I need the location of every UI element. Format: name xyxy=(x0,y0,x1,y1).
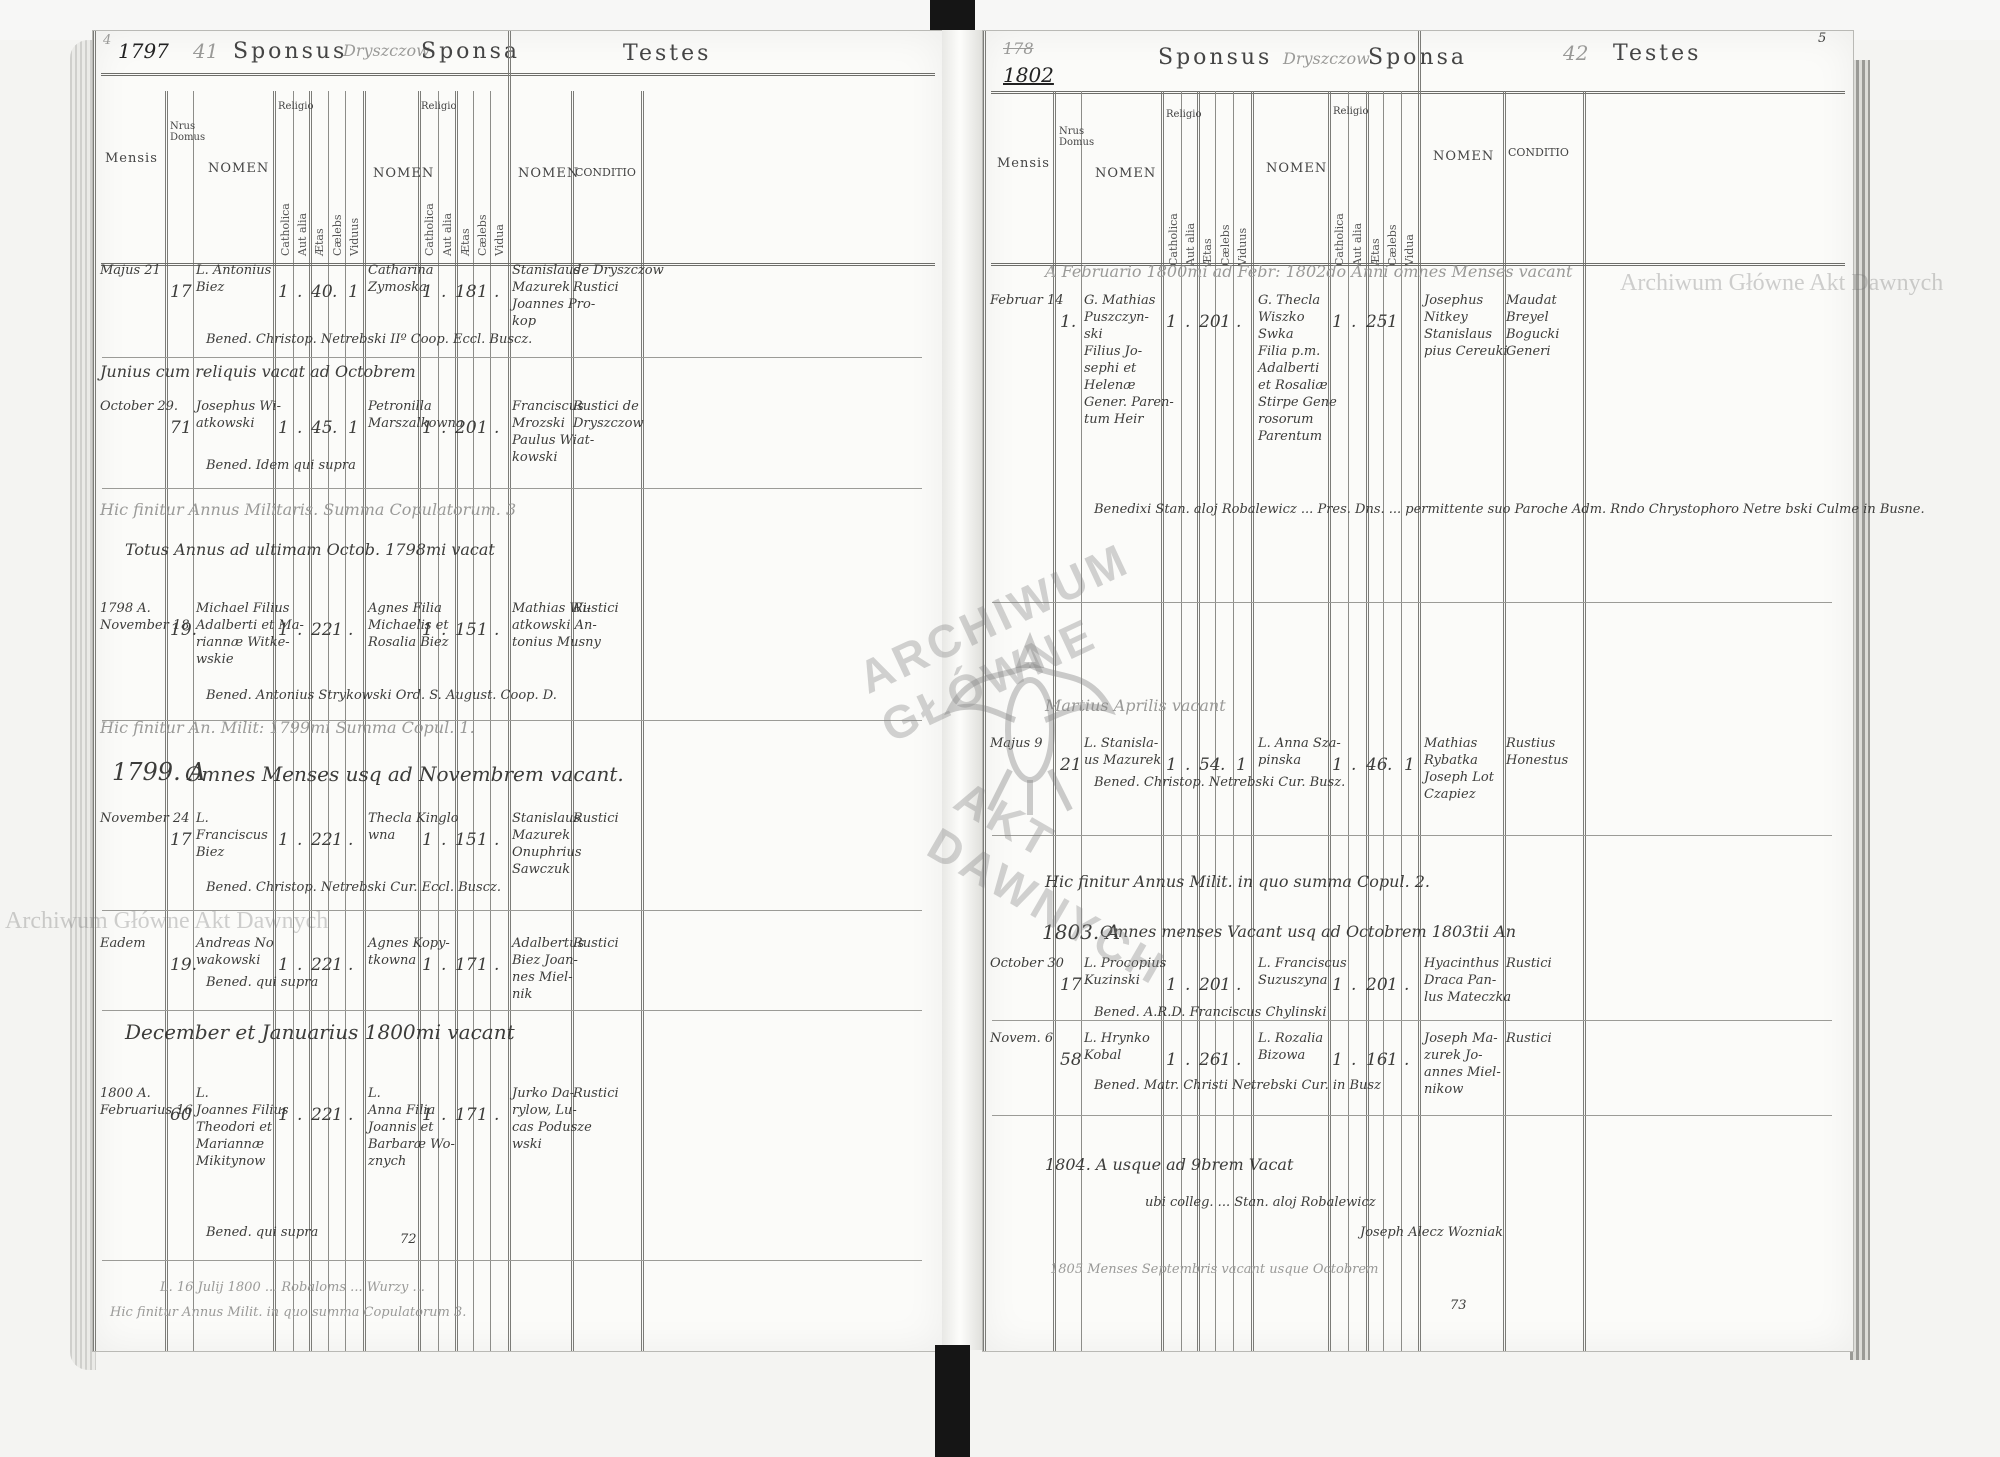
signature-2: Joseph Alecz Wozniak xyxy=(1360,1225,1503,1240)
note-year-1805: 1805 Menses Septembris vacant usque Octo… xyxy=(1050,1262,1378,1277)
col-catholica: Catholica xyxy=(279,203,292,256)
entry-sponsa-vidua: . xyxy=(1404,975,1409,995)
note-hic-finitur-3: Hic finitur Annus Milit. in quo summa Co… xyxy=(110,1305,466,1320)
entry-sponsus-caelebs: 1 xyxy=(332,830,343,850)
entry-sponsus-aut-alia: . xyxy=(297,830,302,850)
entry-sponsus-aetas: 26 xyxy=(1199,1050,1221,1070)
entry-benediction: Bened. Idem qui supra xyxy=(206,458,356,473)
entry-sponsus-name: Andreas No wakowski xyxy=(196,935,274,969)
col-nomen-sponsus: NOMEN xyxy=(1095,166,1156,181)
watermark-text-left: Archiwum Główne Akt Dawnych xyxy=(5,908,328,935)
entry-benediction: Bened. qui supra xyxy=(206,975,318,990)
entry-sponsus-viduus: . xyxy=(1236,1050,1241,1070)
col-catholica: Catholica xyxy=(1167,213,1180,266)
col-aut-alia-sponsa: Aut alia xyxy=(441,213,454,256)
entry-domus: 17 xyxy=(170,282,192,302)
entry-sponsa-caelebs: 1 xyxy=(477,418,488,438)
corner-note: 4 xyxy=(103,33,111,48)
col-catholica-sponsa: Catholica xyxy=(423,203,436,256)
entry-testes: Mathias Rybatka Joseph Lot Czapiez xyxy=(1424,735,1494,803)
entry-sponsa-aetas: 18 xyxy=(455,282,477,302)
entry-sponsa-caelebs: 1 xyxy=(477,830,488,850)
col-vidua: Vidua xyxy=(493,224,506,256)
entry-testes: Hyacinthus Draca Pan- lus Mateczka xyxy=(1424,955,1511,1006)
col-mensis: Mensis xyxy=(105,151,158,166)
entry-sponsa-caelebs: 1 xyxy=(1387,1050,1398,1070)
entry-sponsa-catholica: 1 xyxy=(422,418,433,438)
entry-sponsus-caelebs: 1 xyxy=(332,1105,343,1125)
entry-sponsus-aetas: 22 xyxy=(311,1105,333,1125)
entry-sponsa-aut-alia: . xyxy=(1351,1050,1356,1070)
col-aut-alia: Aut alia xyxy=(1184,223,1197,266)
entry-sponsa-aetas: 20 xyxy=(1366,975,1388,995)
entry-sponsus-aetas: 22 xyxy=(311,830,333,850)
entry-sponsus-catholica: 1 xyxy=(278,282,289,302)
entry-sponsa-aut-alia: . xyxy=(441,620,446,640)
col-nomen-sponsa: NOMEN xyxy=(373,166,434,181)
entry-sponsus-aetas: 22 xyxy=(311,955,333,975)
entry-benediction: Bened. A.R.D. Franciscus Chylinski xyxy=(1094,1005,1327,1020)
entry-mensis: November 24 xyxy=(100,810,189,827)
entry-mensis: Eadem xyxy=(100,935,146,952)
entry-sponsa-aut-alia: . xyxy=(1351,312,1356,332)
entry-sponsa-caelebs: 1 xyxy=(477,1105,488,1125)
entry-sponsa-aut-alia: . xyxy=(1351,755,1356,775)
entry-benediction: Bened. Antonius Strykowski Ord. S. Augus… xyxy=(206,688,557,703)
page-mark: 72 xyxy=(400,1232,417,1247)
header-testes: Testes xyxy=(1613,41,1701,66)
entry-sponsa-caelebs: 1 xyxy=(477,282,488,302)
entry-sponsus-caelebs: 1 xyxy=(1220,312,1231,332)
entry-sponsus-catholica: 1 xyxy=(1166,312,1177,332)
col-catholica-sponsa: Catholica xyxy=(1333,213,1346,266)
entry-sponsa-catholica: 1 xyxy=(422,830,433,850)
entry-sponsus-catholica: 1 xyxy=(278,1105,289,1125)
entry-sponsa-name: L. Anna Filia Joannis et Barbaræ Wo- zny… xyxy=(368,1085,455,1170)
col-caelebs: Cælebs xyxy=(331,215,344,256)
watermark-text-right: Archiwum Główne Akt Dawnych xyxy=(1620,270,1943,297)
entry-sponsus-catholica: 1 xyxy=(278,620,289,640)
entry-sponsa-aetas: 15 xyxy=(455,620,477,640)
entry-benediction: Bened. Matr. Christi Netrebski Cur. in B… xyxy=(1094,1078,1381,1093)
entry-sponsa-aut-alia: . xyxy=(441,282,446,302)
entry-sponsus-aut-alia: . xyxy=(297,955,302,975)
col-rule xyxy=(1583,91,1586,1351)
entry-testes: Josephus Nitkey Stanislaus pius Cereuki xyxy=(1424,292,1508,360)
col-religio: Religio xyxy=(1166,109,1201,120)
signature-1: ubi colleg. ... Stan. aloj Robalewicz xyxy=(1145,1195,1376,1210)
entry-mensis: October 30 xyxy=(990,955,1064,972)
col-viduus: Viduus xyxy=(348,218,361,256)
col-aut-alia: Aut alia xyxy=(296,213,309,256)
header-place: Dryszczow xyxy=(343,41,430,60)
entry-sponsa-name: Agnes Kopy- tkowna xyxy=(368,935,450,969)
entry-conditio: Rustius Honestus xyxy=(1506,735,1568,769)
entry-conditio: Rustici xyxy=(573,810,619,827)
entry-sponsus-name: G. Mathias Puszczyn- ski Filius Jo- seph… xyxy=(1084,292,1174,428)
entry-sponsa-aut-alia: . xyxy=(1351,975,1356,995)
entry-sponsus-aut-alia: . xyxy=(1185,312,1190,332)
col-nomen-sponsa: NOMEN xyxy=(1266,161,1327,176)
entry-sponsa-name: Petronilla Marszalkowna xyxy=(368,398,464,432)
header-sponsus: Sponsus xyxy=(233,39,347,64)
col-religio-sponsa: Religio xyxy=(1333,106,1368,117)
col-nrus-domus: Nrus Domus xyxy=(170,121,192,143)
entry-sponsa-catholica: 1 xyxy=(422,955,433,975)
entry-sponsa-caelebs: 1 xyxy=(1387,312,1398,332)
entry-sponsus-aut-alia: . xyxy=(1185,1050,1190,1070)
note-hic-finitur-2: Hic finitur An. Milit: 1799mi Summa Copu… xyxy=(100,718,475,737)
col-caelebs-sponsa: Cælebs xyxy=(1386,225,1399,266)
col-nomen-sponsus: NOMEN xyxy=(208,161,269,176)
entry-sponsa-name: L. Anna Sza- pinska xyxy=(1258,735,1341,769)
entry-sponsus-aut-alia: . xyxy=(297,1105,302,1125)
entry-sponsus-catholica: 1 xyxy=(278,955,289,975)
col-caelebs-sponsa: Cælebs xyxy=(476,215,489,256)
note-hic-finitur-1: Hic finitur Annus Militaris. Summa Copul… xyxy=(100,500,516,519)
col-rule xyxy=(93,31,96,1351)
struck-year: 178 xyxy=(1003,39,1034,58)
entry-sponsus-viduus: . xyxy=(348,1105,353,1125)
entry-sponsa-aetas: 46 xyxy=(1366,755,1388,775)
entry-sponsus-caelebs: . xyxy=(332,418,337,438)
entry-sponsa-vidua: . xyxy=(494,620,499,640)
header-place: Dryszczow xyxy=(1283,49,1370,68)
col-aut-alia-sponsa: Aut alia xyxy=(1351,223,1364,266)
row-divider xyxy=(102,357,922,358)
entry-conditio: Rustici de Dryszczow xyxy=(573,398,644,432)
entry-domus: 17 xyxy=(1060,975,1082,995)
row-divider xyxy=(102,488,922,489)
entry-mensis: Majus 21 xyxy=(100,262,161,279)
entry-sponsa-name: Agnes Filia Michaelis et Rosalia Biez xyxy=(368,600,449,651)
entry-sponsa-vidua: . xyxy=(494,282,499,302)
entry-sponsus-name: L. Hrynko Kobal xyxy=(1084,1030,1150,1064)
entry-sponsus-name: L. Franciscus Biez xyxy=(196,810,268,861)
entry-sponsus-caelebs: 1 xyxy=(1220,1050,1231,1070)
col-aetas: Ætas xyxy=(313,228,326,256)
entry-conditio: Rustici xyxy=(1506,1030,1552,1047)
entry-domus: 17 xyxy=(170,830,192,850)
entry-sponsa-aetas: 20 xyxy=(455,418,477,438)
entry-sponsus-aut-alia: . xyxy=(297,282,302,302)
entry-benediction: Bened. Christop. Netrebski IIº Coop. Ecc… xyxy=(206,332,532,347)
entry-sponsa-aetas: 17 xyxy=(455,1105,477,1125)
row-divider xyxy=(992,1020,1832,1021)
entry-sponsa-name: L. Rozalia Bizowa xyxy=(1258,1030,1323,1064)
entry-sponsus-caelebs: 1 xyxy=(332,620,343,640)
note-totus-annus: Totus Annus ad ultimam Octob. 1798mi vac… xyxy=(125,540,495,559)
entry-sponsa-catholica: 1 xyxy=(422,1105,433,1125)
col-religio-sponsa: Religio xyxy=(421,101,456,112)
note-dec-jan: December et Januarius 1800mi vacant xyxy=(125,1020,515,1044)
header-sponsus: Sponsus xyxy=(1158,45,1272,70)
note-july: L. 16 Julij 1800 ... Robaloms ... Wurzy … xyxy=(160,1280,425,1295)
entry-sponsus-caelebs: 1 xyxy=(1220,975,1231,995)
page-mark: 73 xyxy=(1450,1298,1467,1313)
entry-sponsus-viduus: . xyxy=(1236,975,1241,995)
entry-sponsa-vidua: . xyxy=(494,418,499,438)
entry-mensis: Novem. 6 xyxy=(990,1030,1053,1047)
entry-sponsus-aut-alia: . xyxy=(297,620,302,640)
col-aetas-sponsa: Ætas xyxy=(459,228,472,256)
entry-sponsus-aetas: 20 xyxy=(1199,312,1221,332)
entry-sponsus-aetas: 45 xyxy=(311,418,333,438)
entry-conditio: Rustici xyxy=(573,1085,619,1102)
entry-sponsa-aetas: 17 xyxy=(455,955,477,975)
folio-number: 41 xyxy=(193,39,218,63)
entry-sponsus-caelebs: . xyxy=(332,282,337,302)
entry-sponsus-caelebs: 1 xyxy=(332,955,343,975)
entry-sponsus-name: Josephus Wi- atkowski xyxy=(196,398,281,432)
entry-sponsa-aut-alia: . xyxy=(441,418,446,438)
entry-conditio: Rustici xyxy=(573,600,619,617)
entry-sponsa-catholica: 1 xyxy=(422,282,433,302)
header-sponsa: Sponsa xyxy=(421,39,520,64)
col-conditio: CONDITIO xyxy=(575,166,636,179)
entry-mensis: October 29. xyxy=(100,398,178,415)
note-year-1804: 1804. A usque ad 9brem Vacat xyxy=(1045,1155,1293,1174)
folio-number: 42 xyxy=(1563,41,1588,65)
entry-domus: 19. xyxy=(170,955,197,975)
entry-sponsa-aut-alia: . xyxy=(441,830,446,850)
col-nrus-domus: Nrus Domus xyxy=(1059,126,1081,148)
entry-testes: Joseph Ma- zurek Jo- annes Miel- nikow xyxy=(1424,1030,1501,1098)
entry-sponsus-catholica: 1 xyxy=(1166,1050,1177,1070)
entry-sponsa-caelebs: 1 xyxy=(1387,975,1398,995)
entry-sponsa-aetas: 15 xyxy=(455,830,477,850)
entry-conditio: de Dryszczow Rustici xyxy=(573,262,664,296)
entry-sponsus-viduus: 1 xyxy=(1236,755,1247,775)
binding-strap-bottom xyxy=(935,1345,970,1457)
entry-sponsa-caelebs: 1 xyxy=(477,955,488,975)
col-nomen-testes: NOMEN xyxy=(1433,149,1494,164)
entry-sponsa-catholica: 1 xyxy=(1332,1050,1343,1070)
row-divider xyxy=(102,1010,922,1011)
row-divider xyxy=(992,1115,1832,1116)
col-rule xyxy=(1418,31,1421,1351)
entry-domus: 71 xyxy=(170,418,192,438)
entry-domus: 60 xyxy=(170,1105,192,1125)
entry-sponsa-aetas: 16 xyxy=(1366,1050,1388,1070)
entry-domus: 19. xyxy=(170,620,197,640)
entry-testes: Stanislaus Mazurek Onuphrius Sawczuk xyxy=(512,810,582,878)
entry-sponsa-vidua: . xyxy=(1404,1050,1409,1070)
entry-sponsa-catholica: 1 xyxy=(1332,755,1343,775)
entry-sponsus-catholica: 1 xyxy=(278,418,289,438)
entry-sponsa-catholica: 1 xyxy=(422,620,433,640)
col-religio: Religio xyxy=(278,101,313,112)
entry-sponsus-viduus: . xyxy=(348,620,353,640)
entry-conditio: Maudat Breyel Bogucki Generi xyxy=(1506,292,1559,360)
col-viduus: Viduus xyxy=(1236,228,1249,266)
entry-sponsa-aetas: 25 xyxy=(1366,312,1388,332)
entry-benediction: Benedixi Stan. aloj Robalewicz ... Pres.… xyxy=(1094,502,1925,517)
entry-domus: 58 xyxy=(1060,1050,1082,1070)
entry-sponsus-viduus: . xyxy=(1236,312,1241,332)
col-caelebs: Cælebs xyxy=(1219,225,1232,266)
entry-conditio: Rustici xyxy=(573,935,619,952)
entry-sponsa-vidua: . xyxy=(494,830,499,850)
entry-sponsus-viduus: 1 xyxy=(348,282,359,302)
entry-mensis: Februar 14 xyxy=(990,292,1064,309)
entry-sponsa-catholica: 1 xyxy=(1332,312,1343,332)
eagle-emblem-icon xyxy=(940,620,1120,820)
entry-domus: 1. xyxy=(1060,312,1076,332)
entry-sponsa-caelebs: 1 xyxy=(477,620,488,640)
col-mensis: Mensis xyxy=(997,156,1050,171)
entry-conditio: Rustici xyxy=(1506,955,1552,972)
note-omnes-menses: Omnes Menses usq ad Novembrem vacant. xyxy=(185,762,624,786)
entry-sponsa-name: G. Thecla Wiszko Swka Filia p.m. Adalber… xyxy=(1258,292,1337,445)
entry-sponsus-viduus: 1 xyxy=(348,418,359,438)
entry-benediction: Bened. Christop. Netrebski Cur. Eccl. Bu… xyxy=(206,880,501,895)
page-year: 1802 xyxy=(1003,63,1054,87)
entry-sponsus-viduus: . xyxy=(348,955,353,975)
note-intro: A Februario 1800mi ad Febr: 1802do Anni … xyxy=(1045,262,1572,281)
col-nomen-testes: NOMEN xyxy=(518,166,579,181)
entry-benediction: Bened. qui supra xyxy=(206,1225,318,1240)
entry-sponsa-aut-alia: . xyxy=(441,1105,446,1125)
col-conditio: CONDITIO xyxy=(1508,146,1569,159)
row-divider xyxy=(102,1260,922,1261)
entry-sponsus-name: L. Joannes Filius Theodori et Mariannæ M… xyxy=(196,1085,289,1170)
header-rule xyxy=(101,73,935,76)
entry-sponsus-aetas: 40 xyxy=(311,282,333,302)
note-junius: Junius cum reliquis vacat ad Octobrem xyxy=(100,362,416,381)
page-year: 1797 xyxy=(118,39,169,63)
entry-sponsa-catholica: 1 xyxy=(1332,975,1343,995)
entry-sponsa-aut-alia: . xyxy=(441,955,446,975)
entry-sponsus-name: L. Antonius Biez xyxy=(196,262,271,296)
entry-sponsus-aut-alia: . xyxy=(297,418,302,438)
header-testes: Testes xyxy=(623,41,711,66)
entry-sponsa-vidua: . xyxy=(494,1105,499,1125)
col-rule xyxy=(490,91,491,1351)
entry-sponsa-vidua: . xyxy=(494,955,499,975)
entry-sponsus-viduus: . xyxy=(348,830,353,850)
entry-sponsus-catholica: 1 xyxy=(278,830,289,850)
entry-sponsa-caelebs: . xyxy=(1387,755,1392,775)
entry-sponsa-vidua: 1 xyxy=(1404,755,1415,775)
entry-sponsus-aetas: 22 xyxy=(311,620,333,640)
corner-note: 5 xyxy=(1818,31,1826,46)
